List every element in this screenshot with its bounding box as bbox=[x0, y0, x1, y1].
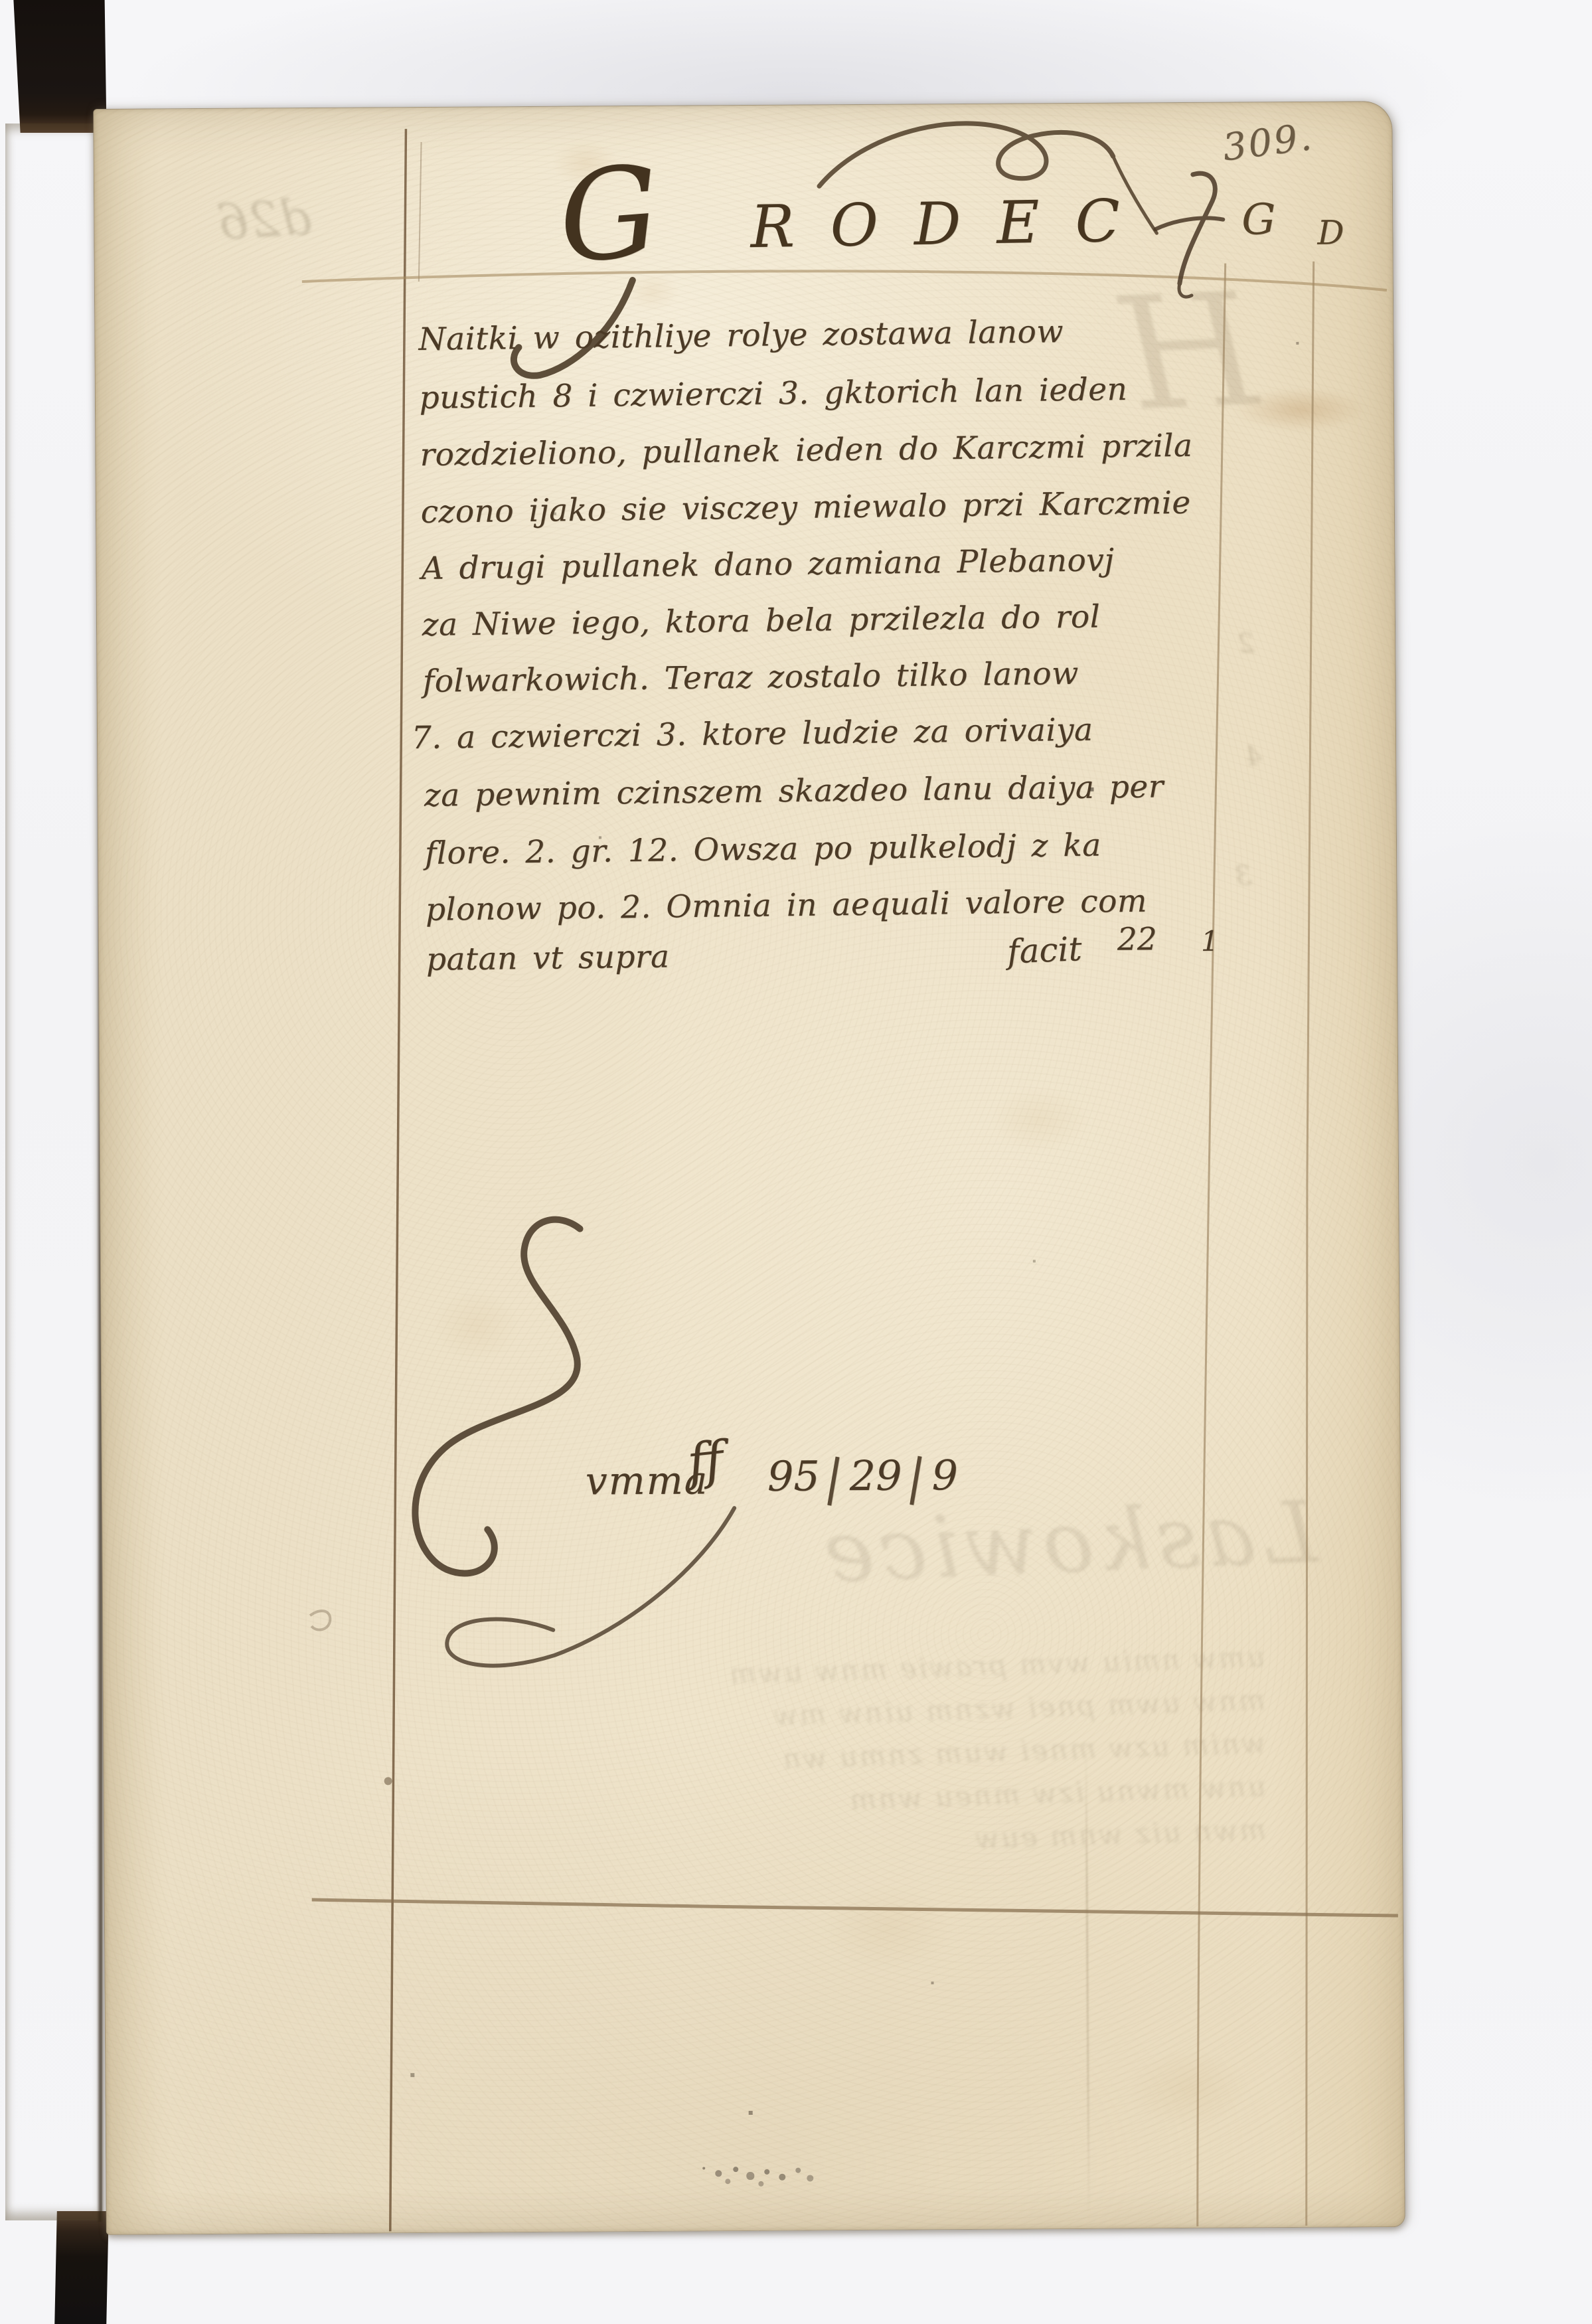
column-letter-g: G bbox=[1241, 195, 1276, 244]
summa-initial-swash bbox=[414, 1219, 582, 1573]
summa-florins: 95 bbox=[767, 1452, 820, 1500]
dirt-smudge bbox=[702, 2167, 705, 2169]
ink-specks bbox=[94, 110, 95, 111]
amount-groszy: 1 bbox=[1201, 925, 1219, 957]
manuscript-page: d26 H Laskowice umw nmiu wvm prawie mnw … bbox=[93, 101, 1405, 2235]
summa-denarii: 9 bbox=[931, 1451, 958, 1499]
bookmark-ribbon-bottom bbox=[54, 2211, 109, 2324]
stray-pen-mark bbox=[310, 1611, 330, 1630]
header-initial-letter: G bbox=[554, 149, 663, 282]
facing-page-edge bbox=[5, 124, 102, 2220]
facit-label: facit bbox=[1006, 930, 1083, 971]
amount-florins: 22 bbox=[1117, 921, 1157, 957]
page-title: RODEC bbox=[750, 186, 1156, 261]
ink-blob bbox=[384, 1777, 392, 1785]
summa-amount: 95|29|9 bbox=[767, 1444, 959, 1503]
amount-separator: | bbox=[821, 1448, 847, 1507]
scanned-manuscript-screenshot: { "page": { "header": { "initial": "G", … bbox=[0, 0, 1592, 2324]
summa-currency-unit: ff bbox=[684, 1430, 726, 1492]
manuscript-line: patan vt supra bbox=[426, 938, 670, 977]
amount-separator: | bbox=[904, 1448, 929, 1507]
ruling-and-flourishes bbox=[94, 102, 1405, 2234]
summa-grossi: 29 bbox=[849, 1452, 902, 1500]
column-letter-d: D bbox=[1317, 214, 1344, 252]
